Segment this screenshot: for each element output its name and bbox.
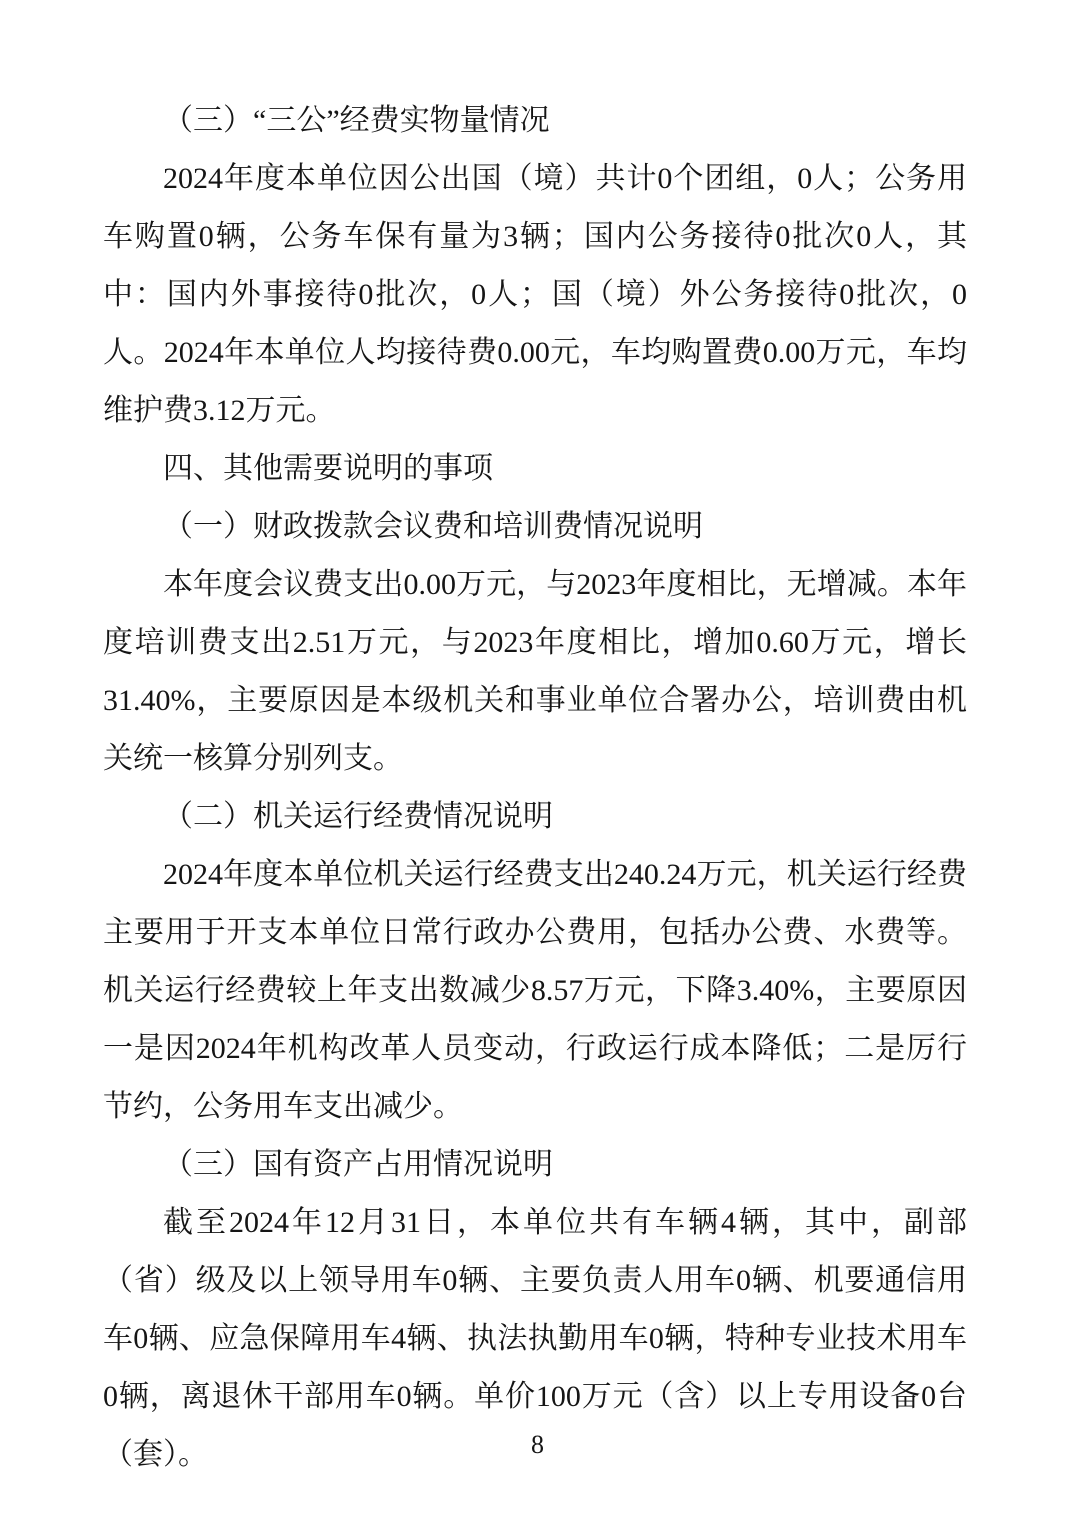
document-content: （三）“三公”经费实物量情况 2024年度本单位因公出国（境）共计0个团组，0人… (103, 92, 967, 1484)
document-page: （三）“三公”经费实物量情况 2024年度本单位因公出国（境）共计0个团组，0人… (0, 0, 1075, 1520)
heading-state-owned-assets: （三）国有资产占用情况说明 (103, 1136, 967, 1194)
paragraph-three-public-funds-details: 2024年度本单位因公出国（境）共计0个团组，0人；公务用车购置0辆，公务车保有… (103, 150, 967, 440)
heading-other-matters: 四、其他需要说明的事项 (103, 440, 967, 498)
heading-agency-operating-expenses: （二）机关运行经费情况说明 (103, 788, 967, 846)
paragraph-meeting-training-fees-details: 本年度会议费支出0.00万元，与2023年度相比，无增减。本年度培训费支出2.5… (103, 556, 967, 788)
heading-three-public-funds-physical-quantity: （三）“三公”经费实物量情况 (103, 92, 967, 150)
paragraph-agency-operating-expenses-details: 2024年度本单位机关运行经费支出240.24万元，机关运行经费主要用于开支本单… (103, 846, 967, 1136)
page-number: 8 (0, 1430, 1075, 1460)
heading-meeting-training-fees: （一）财政拨款会议费和培训费情况说明 (103, 498, 967, 556)
